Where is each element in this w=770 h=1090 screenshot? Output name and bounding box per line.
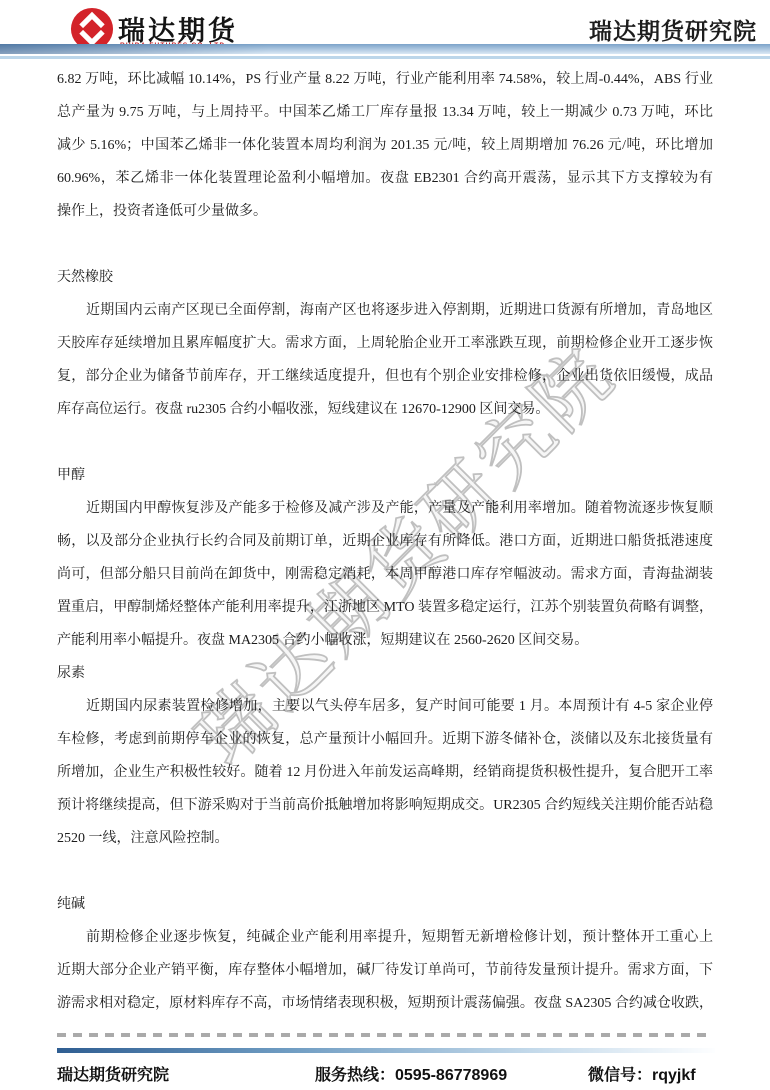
section-heading: 尿素 xyxy=(57,657,713,690)
body-line: 60.96%，苯乙烯非一体化装置理论盈利小幅增加。夜盘 EB2301 合约高开震… xyxy=(57,162,713,195)
body-line: 总产量为 9.75 万吨，与上周持平。中国苯乙烯工厂库存量报 13.34 万吨，… xyxy=(57,96,713,129)
section-heading: 纯碱 xyxy=(57,888,713,921)
body-line: 所增加，企业生产积极性较好。随着 12 月份进入年前发运高峰期，经销商提货积极性… xyxy=(57,756,713,789)
header-band xyxy=(0,44,770,54)
clipped-text-remnant xyxy=(57,1033,713,1037)
section-spacer xyxy=(57,855,713,888)
body-line: 预计将继续提高，但下游采购对于当前高价抵触增加将影响短期成交。UR2305 合约… xyxy=(57,789,713,822)
body-line: 近期国内云南产区现已全面停割，海南产区也将逐步进入停割期，近期进口货源有所增加，… xyxy=(57,294,713,327)
footer-wechat: 微信号：rqyjkf xyxy=(588,1062,696,1086)
body-line: 车检修，考虑到前期停车企业的恢复，总产量预计小幅回升。近期下游冬储补仓，淡储以及… xyxy=(57,723,713,756)
footer-rule xyxy=(57,1048,715,1053)
header-band-thin-line xyxy=(0,56,770,59)
page-header: 瑞达期货 RUIDA FUTURES CO.,LTD. 瑞达期货研究院 xyxy=(0,0,770,44)
footer-org: 瑞达期货研究院 xyxy=(57,1062,169,1086)
body-line: 尚可，但部分船只目前尚在卸货中，刚需稳定消耗，本周甲醇港口库存窄幅波动。需求方面… xyxy=(57,558,713,591)
body-line: 畅，以及部分企业执行长约合同及前期订单，近期企业库存有所降低。港口方面，近期进口… xyxy=(57,525,713,558)
section-heading: 天然橡胶 xyxy=(57,261,713,294)
body-line: 近期国内甲醇恢复涉及产能多于检修及减产涉及产能，产量及产能利用率增加。随着物流逐… xyxy=(57,492,713,525)
body-line: 减少 5.16%；中国苯乙烯非一体化装置本周均利润为 201.35 元/吨，较上… xyxy=(57,129,713,162)
body-line: 置重启，甲醇制烯烃整体产能利用率提升，江浙地区 MTO 装置多稳定运行，江苏个别… xyxy=(57,591,713,624)
header-title: 瑞达期货研究院 xyxy=(589,13,757,46)
body-line: 产能利用率小幅提升。夜盘 MA2305 合约小幅收涨，短期建议在 2560-26… xyxy=(57,624,713,657)
footer-hotline: 服务热线：0595-86778969 xyxy=(315,1062,507,1086)
body-line: 库存高位运行。夜盘 ru2305 合约小幅收涨，短线建议在 12670-1290… xyxy=(57,393,713,426)
body-line: 复，部分企业为储备节前库存，开工继续适度提升，但也有个别企业安排检修，企业出货依… xyxy=(57,360,713,393)
section-heading: 甲醇 xyxy=(57,459,713,492)
report-page: 瑞达期货 RUIDA FUTURES CO.,LTD. 瑞达期货研究院 瑞达期货… xyxy=(0,0,770,1090)
body-line: 近期大部分企业产销平衡，库存整体小幅增加，碱厂待发订单尚可，节前待发量预计提升。… xyxy=(57,954,713,987)
section-spacer xyxy=(57,426,713,459)
body-line: 6.82 万吨，环比减幅 10.14%，PS 行业产量 8.22 万吨，行业产能… xyxy=(57,63,713,96)
body-line: 游需求相对稳定，原材料库存不高，市场情绪表现积极，短期预计震荡偏强。夜盘 SA2… xyxy=(57,987,713,1020)
body-line: 近期国内尿素装置检修增加，主要以气头停车居多，复产时间可能要 1 月。本周预计有… xyxy=(57,690,713,723)
body-content: 6.82 万吨，环比减幅 10.14%，PS 行业产量 8.22 万吨，行业产能… xyxy=(57,63,713,1020)
section-spacer xyxy=(57,228,713,261)
body-line: 天胶库存延续增加且累库幅度扩大。需求方面，上周轮胎企业开工率涨跌互现，前期检修企… xyxy=(57,327,713,360)
body-line: 前期检修企业逐步恢复，纯碱企业产能利用率提升，短期暂无新增检修计划，预计整体开工… xyxy=(57,921,713,954)
body-line: 2520 一线，注意风险控制。 xyxy=(57,822,713,855)
body-line: 操作上，投资者逢低可少量做多。 xyxy=(57,195,713,228)
